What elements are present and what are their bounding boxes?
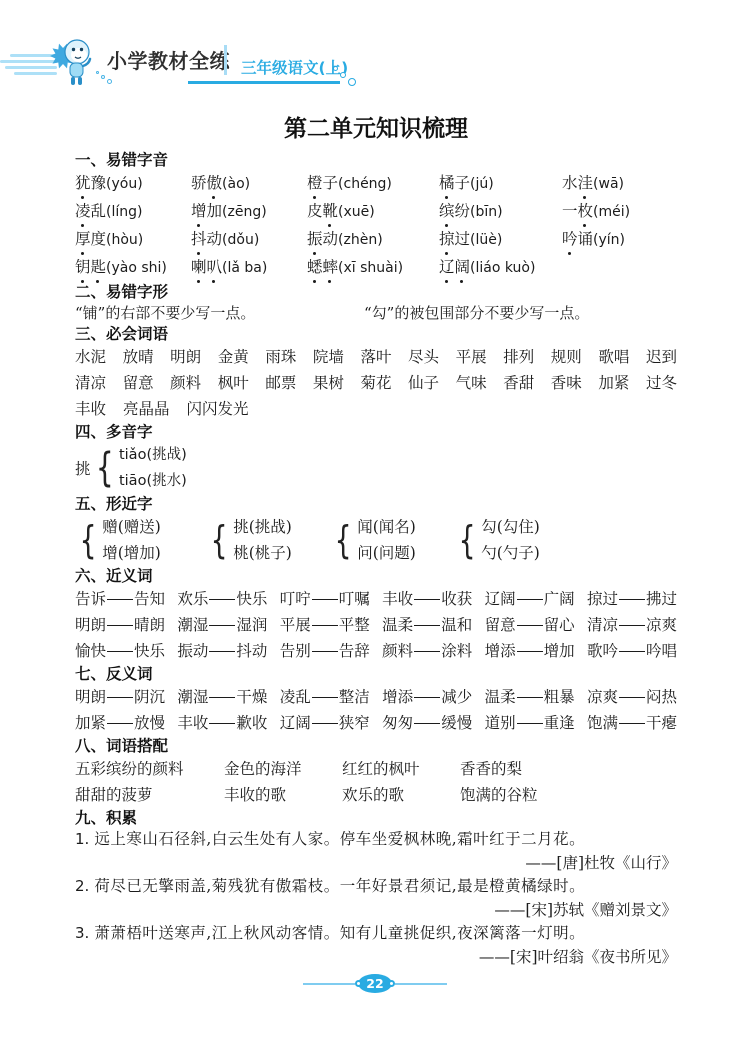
header-underline xyxy=(188,81,340,84)
word-item: 菊花 xyxy=(360,370,391,396)
section-heading-glyphs: 二、易错字形 xyxy=(75,282,677,302)
phonetic-item: 犹豫(yóu) xyxy=(75,170,191,198)
word-item: 亮晶晶 xyxy=(123,396,170,422)
word-pair: 凉爽闷热 xyxy=(587,684,677,710)
antonym-rows: 明朗阴沉潮湿干燥凌乱整洁增添减少温柔粗暴凉爽闷热加紧放慢丰收歉收辽阔狭窄匆匆缓慢… xyxy=(75,684,677,736)
polyphone-reading: tiǎo(挑战) xyxy=(119,442,187,468)
word-item: 放晴 xyxy=(123,344,154,370)
word-pair: 丰收收获 xyxy=(382,586,472,612)
similar-item: 赠(赠送) xyxy=(102,514,161,540)
collocation-item: 欢乐的歌 xyxy=(342,782,460,808)
word-item: 丰收 xyxy=(75,396,106,422)
word-text: 厚度 xyxy=(75,230,106,248)
pinyin-text: (wā) xyxy=(593,176,624,192)
word-pair: 叮咛叮嘱 xyxy=(280,586,370,612)
word-item: 金黄 xyxy=(218,344,249,370)
similar-item: 问(问题) xyxy=(357,540,416,566)
word-item: 枫叶 xyxy=(218,370,249,396)
dash-connector xyxy=(209,697,235,699)
word-pair: 增添减少 xyxy=(382,684,472,710)
word-text: 橙子 xyxy=(307,174,338,192)
similar-group: {挑(挑战)桃(桃子) xyxy=(206,514,330,566)
phonetic-item: 皮靴(xuē) xyxy=(307,198,439,226)
collocation-item: 甜甜的菠萝 xyxy=(75,782,224,808)
polyphone-char: 挑 xyxy=(75,457,91,479)
word-item: 过冬 xyxy=(646,370,677,396)
similar-group: {勾(勾住)勺(勺子) xyxy=(454,514,677,566)
word-item: 留意 xyxy=(123,370,154,396)
word-item: 平展 xyxy=(456,344,487,370)
poem-source: ——[宋]苏轼《赠刘景文》 xyxy=(75,898,677,922)
phonetic-item: 缤纷(bīn) xyxy=(439,198,562,226)
dash-connector xyxy=(619,697,645,699)
word-pair: 凌乱整洁 xyxy=(280,684,370,710)
brace-glyph: { xyxy=(211,514,228,566)
word-text: 喇叭 xyxy=(191,258,222,276)
word-item: 清凉 xyxy=(75,370,106,396)
section-heading-similar-chars: 五、形近字 xyxy=(75,494,677,514)
pinyin-text: (lüè) xyxy=(470,232,502,248)
bubble-dot-icon xyxy=(333,66,338,71)
dash-connector xyxy=(312,599,338,601)
word-item: 落叶 xyxy=(360,344,391,370)
word-text: 犹豫 xyxy=(75,174,106,192)
word-item: 歌唱 xyxy=(598,344,629,370)
pinyin-text: (xī shuài) xyxy=(338,260,403,276)
word-item: 仙子 xyxy=(408,370,439,396)
word-item: 明朗 xyxy=(170,344,201,370)
pinyin-text: (dǒu) xyxy=(222,232,259,248)
similar-item: 勺(勺子) xyxy=(481,540,540,566)
footer-dot-icon xyxy=(388,980,395,987)
poem-text: 荷尽已无擎雨盖,菊残犹有傲霜枝。一年好景君须记,最是橙黄橘绿时。 xyxy=(94,877,585,895)
pairs-row: 愉快快乐振动抖动告别告辞颜料涂料增添增加歌吟吟唱 xyxy=(75,638,677,664)
collocation-item: 丰收的歌 xyxy=(224,782,342,808)
word-pair: 潮湿湿润 xyxy=(177,612,267,638)
synonym-rows: 告诉告知欢乐快乐叮咛叮嘱丰收收获辽阔广阔掠过拂过明朗晴朗潮湿湿润平展平整温柔温和… xyxy=(75,586,677,664)
word-item: 颜料 xyxy=(170,370,201,396)
dash-connector xyxy=(414,599,440,601)
word-pair: 丰收歉收 xyxy=(177,710,267,736)
dash-connector xyxy=(107,651,133,653)
bubble-dot-icon xyxy=(348,78,356,86)
dash-connector xyxy=(107,599,133,601)
poem-number: 1. xyxy=(75,830,89,848)
phonetic-item: 喇叭(lǎ ba) xyxy=(191,254,307,282)
dash-connector xyxy=(312,697,338,699)
phonetic-item: 辽阔(liáo kuò) xyxy=(439,254,562,282)
word-text: 辽阔 xyxy=(439,258,470,276)
word-item: 邮票 xyxy=(265,370,296,396)
brace-glyph: { xyxy=(335,514,352,566)
similar-item: 桃(桃子) xyxy=(233,540,292,566)
pinyin-text: (liáo kuò) xyxy=(470,260,535,276)
phonetic-item: 掠过(lüè) xyxy=(439,226,562,254)
collocation-row: 甜甜的菠萝丰收的歌欢乐的歌饱满的谷粒 xyxy=(75,782,677,808)
dash-connector xyxy=(312,723,338,725)
similar-group: {闻(闻名)问(问题) xyxy=(330,514,454,566)
speed-line xyxy=(0,60,57,63)
textbook-page: 小学教材全练 三年级语文(上) 第二单元知识梳理 一、易错字音 犹豫(yóu)骄… xyxy=(0,0,750,1044)
dash-connector xyxy=(619,723,645,725)
similar-item: 勾(勾住) xyxy=(481,514,540,540)
collocation-item: 饱满的谷粒 xyxy=(460,782,677,808)
accumulation-entries: 1.远上寒山石径斜,白云生处有人家。停车坐爱枫林晚,霜叶红于二月花。——[唐]杜… xyxy=(75,828,677,969)
footer-line xyxy=(395,983,447,985)
pairs-row: 告诉告知欢乐快乐叮咛叮嘱丰收收获辽阔广阔掠过拂过 xyxy=(75,586,677,612)
dash-connector xyxy=(312,625,338,627)
pinyin-text: (yín) xyxy=(593,232,625,248)
phonetic-item: 增加(zēng) xyxy=(191,198,307,226)
glyph-note: “铺”的右部不要少写一点。 xyxy=(75,302,364,324)
word-text: 吟诵 xyxy=(562,230,593,248)
word-pair: 欢乐快乐 xyxy=(177,586,267,612)
dash-connector xyxy=(414,723,440,725)
dash-connector xyxy=(517,625,543,627)
word-pair: 明朗阴沉 xyxy=(75,684,165,710)
poem-number: 3. xyxy=(75,924,89,942)
pinyin-text: (méi) xyxy=(593,204,630,220)
word-pair: 匆匆缓慢 xyxy=(382,710,472,736)
collocation-item: 香香的梨 xyxy=(460,756,677,782)
word-item: 气味 xyxy=(456,370,487,396)
phonetic-item: 水洼(wā) xyxy=(562,170,677,198)
word-text: 水洼 xyxy=(562,174,593,192)
similar-group: {赠(赠送)增(增加) xyxy=(75,514,206,566)
word-text: 皮靴 xyxy=(307,202,338,220)
word-pair: 潮湿干燥 xyxy=(177,684,267,710)
phonetic-item: 厚度(hòu) xyxy=(75,226,191,254)
pairs-row: 明朗阴沉潮湿干燥凌乱整洁增添减少温柔粗暴凉爽闷热 xyxy=(75,684,677,710)
words-row: 水泥放晴明朗金黄雨珠院墙落叶尽头平展排列规则歌唱迟到 xyxy=(75,344,677,370)
pinyin-text: (bīn) xyxy=(470,204,503,220)
poem-entry: 2.荷尽已无擎雨盖,菊残犹有傲霜枝。一年好景君须记,最是橙黄橘绿时。——[宋]苏… xyxy=(75,875,677,922)
words-row: 清凉留意颜料枫叶邮票果树菊花仙子气味香甜香味加紧过冬 xyxy=(75,370,677,396)
dash-connector xyxy=(209,599,235,601)
word-text: 骄傲 xyxy=(191,174,222,192)
word-item: 迟到 xyxy=(646,344,677,370)
dash-connector xyxy=(414,697,440,699)
brand-title: 小学教材全练 xyxy=(107,45,230,74)
word-pair: 振动抖动 xyxy=(177,638,267,664)
poem-entry: 1.远上寒山石径斜,白云生处有人家。停车坐爱枫林晚,霜叶红于二月花。——[唐]杜… xyxy=(75,828,677,875)
phonetic-item: 凌乱(líng) xyxy=(75,198,191,226)
word-pair: 温柔温和 xyxy=(382,612,472,638)
pinyin-text: (zhèn) xyxy=(338,232,383,248)
pairs-row: 加紧放慢丰收歉收辽阔狭窄匆匆缓慢道别重逢饱满干瘪 xyxy=(75,710,677,736)
word-item: 雨珠 xyxy=(265,344,296,370)
mascot-lion-icon xyxy=(50,32,94,90)
bubble-dot-icon xyxy=(96,71,99,74)
polyphone-readings: tiǎo(挑战)tiāo(挑水) xyxy=(119,442,187,494)
section-heading-polyphone: 四、多音字 xyxy=(75,422,677,442)
page-number-badge: 22 xyxy=(358,974,392,993)
pinyin-text: (jú) xyxy=(470,176,494,192)
brace-glyph: { xyxy=(459,514,476,566)
phonetic-item: 橙子(chéng) xyxy=(307,170,439,198)
word-item: 香甜 xyxy=(503,370,534,396)
dash-connector xyxy=(209,723,235,725)
word-pair: 告诉告知 xyxy=(75,586,165,612)
word-text: 一枚 xyxy=(562,202,593,220)
footer-line xyxy=(303,983,355,985)
phonetic-item: 一枚(méi) xyxy=(562,198,677,226)
polyphone-reading: tiāo(挑水) xyxy=(119,468,187,494)
page-header: 小学教材全练 三年级语文(上) xyxy=(0,0,750,100)
pinyin-text: (lǎ ba) xyxy=(222,260,267,276)
page-footer: 22 xyxy=(0,974,750,993)
pinyin-text: (líng) xyxy=(106,204,142,220)
pinyin-text: (xuē) xyxy=(338,204,375,220)
phonetic-item: 振动(zhèn) xyxy=(307,226,439,254)
polyphone-block: 挑 { tiǎo(挑战)tiāo(挑水) xyxy=(75,442,677,494)
poem-source: ——[唐]杜牧《山行》 xyxy=(75,851,677,875)
brace-glyph: { xyxy=(95,442,113,494)
dash-connector xyxy=(107,723,133,725)
phonetic-item: 钥匙(yào shi) xyxy=(75,254,191,282)
collocation-item: 五彩缤纷的颜料 xyxy=(75,756,224,782)
word-pair: 愉快快乐 xyxy=(75,638,165,664)
poem-entry: 3.萧萧梧叶送寒声,江上秋风动客情。知有儿童挑促织,夜深篱落一灯明。——[宋]叶… xyxy=(75,922,677,969)
bubble-dot-icon xyxy=(101,75,105,79)
dash-connector xyxy=(517,723,543,725)
word-item: 排列 xyxy=(503,344,534,370)
word-item: 规则 xyxy=(551,344,582,370)
dash-connector xyxy=(619,599,645,601)
collocation-rows: 五彩缤纷的颜料金色的海洋红红的枫叶香香的梨甜甜的菠萝丰收的歌欢乐的歌饱满的谷粒 xyxy=(75,756,677,808)
pinyin-text: (ào) xyxy=(222,176,250,192)
header-divider xyxy=(224,45,227,75)
pairs-row: 明朗晴朗潮湿湿润平展平整温柔温和留意留心清凉凉爽 xyxy=(75,612,677,638)
word-pair: 辽阔广阔 xyxy=(485,586,575,612)
dash-connector xyxy=(517,651,543,653)
section-heading-vocabulary: 三、必会词语 xyxy=(75,324,677,344)
section-heading-phonetics: 一、易错字音 xyxy=(75,150,677,170)
word-pair: 掠过拂过 xyxy=(587,586,677,612)
phonetic-item: 吟诵(yín) xyxy=(562,226,677,254)
word-item: 院墙 xyxy=(313,344,344,370)
word-item: 香味 xyxy=(551,370,582,396)
phonetic-item: 骄傲(ào) xyxy=(191,170,307,198)
word-text: 抖动 xyxy=(191,230,222,248)
word-text: 钥匙 xyxy=(75,258,106,276)
word-item: 水泥 xyxy=(75,344,106,370)
dash-connector xyxy=(619,651,645,653)
bubble-dot-icon xyxy=(107,79,112,84)
dash-connector xyxy=(209,625,235,627)
dash-connector xyxy=(107,697,133,699)
glyph-notes: “铺”的右部不要少写一点。 “勾”的被包围部分不要少写一点。 xyxy=(75,302,677,324)
word-pair: 道别重逢 xyxy=(485,710,575,736)
word-item: 尽头 xyxy=(408,344,439,370)
section-heading-accumulation: 九、积累 xyxy=(75,808,677,828)
word-item: 果树 xyxy=(313,370,344,396)
phonetic-item: 橘子(jú) xyxy=(439,170,562,198)
glyph-note: “勾”的被包围部分不要少写一点。 xyxy=(364,302,677,324)
word-pair: 增添增加 xyxy=(485,638,575,664)
word-item: 闪闪发光 xyxy=(187,396,249,422)
word-pair: 歌吟吟唱 xyxy=(587,638,677,664)
poem-text: 远上寒山石径斜,白云生处有人家。停车坐爱枫林晚,霜叶红于二月花。 xyxy=(94,830,585,848)
page-body: 第二单元知识梳理 一、易错字音 犹豫(yóu)骄傲(ào)橙子(chéng)橘子… xyxy=(0,114,750,969)
dash-connector xyxy=(414,625,440,627)
bubble-dot-icon xyxy=(340,72,346,78)
similar-groups: {赠(赠送)增(增加){挑(挑战)桃(桃子){闻(闻名)问(问题){勾(勾住)勺… xyxy=(75,514,677,566)
pinyin-text: (zēng) xyxy=(222,204,267,220)
dash-connector xyxy=(209,651,235,653)
dash-connector xyxy=(107,625,133,627)
word-item: 加紧 xyxy=(598,370,629,396)
section-heading-antonyms: 七、反义词 xyxy=(75,664,677,684)
phonetics-grid: 犹豫(yóu)骄傲(ào)橙子(chéng)橘子(jú)水洼(wā)凌乱(lín… xyxy=(75,170,677,282)
phonetic-item: 抖动(dǒu) xyxy=(191,226,307,254)
word-pair: 加紧放慢 xyxy=(75,710,165,736)
poem-number: 2. xyxy=(75,877,89,895)
word-pair: 平展平整 xyxy=(280,612,370,638)
word-pair: 告别告辞 xyxy=(280,638,370,664)
word-pair: 留意留心 xyxy=(485,612,575,638)
words-row: 丰收亮晶晶闪闪发光 xyxy=(75,396,677,422)
phonetic-item: 蟋蟀(xī shuài) xyxy=(307,254,439,282)
section-heading-collocations: 八、词语搭配 xyxy=(75,736,677,756)
pinyin-text: (yóu) xyxy=(106,176,143,192)
similar-item: 增(增加) xyxy=(102,540,161,566)
word-text: 掠过 xyxy=(439,230,470,248)
dash-connector xyxy=(414,651,440,653)
word-pair: 饱满干瘪 xyxy=(587,710,677,736)
similar-item: 挑(挑战) xyxy=(233,514,292,540)
word-text: 振动 xyxy=(307,230,338,248)
similar-item: 闻(闻名) xyxy=(357,514,416,540)
section-heading-synonyms: 六、近义词 xyxy=(75,566,677,586)
pinyin-text: (yào shi) xyxy=(106,260,167,276)
word-text: 橘子 xyxy=(439,174,470,192)
page-title: 第二单元知识梳理 xyxy=(75,114,677,144)
dash-connector xyxy=(517,697,543,699)
brace-glyph: { xyxy=(80,514,97,566)
dash-connector xyxy=(619,625,645,627)
collocation-item: 红红的枫叶 xyxy=(342,756,460,782)
word-pair: 清凉凉爽 xyxy=(587,612,677,638)
word-text: 增加 xyxy=(191,202,222,220)
word-text: 蟋蟀 xyxy=(307,258,338,276)
dash-connector xyxy=(312,651,338,653)
word-pair: 明朗晴朗 xyxy=(75,612,165,638)
word-pair: 颜料涂料 xyxy=(382,638,472,664)
words-rows: 水泥放晴明朗金黄雨珠院墙落叶尽头平展排列规则歌唱迟到清凉留意颜料枫叶邮票果树菊花… xyxy=(75,344,677,422)
poem-source: ——[宋]叶绍翁《夜书所见》 xyxy=(75,945,677,969)
pinyin-text: (hòu) xyxy=(106,232,143,248)
collocation-row: 五彩缤纷的颜料金色的海洋红红的枫叶香香的梨 xyxy=(75,756,677,782)
footer-dot-icon xyxy=(355,980,362,987)
poem-text: 萧萧梧叶送寒声,江上秋风动客情。知有儿童挑促织,夜深篱落一灯明。 xyxy=(94,924,585,942)
word-text: 缤纷 xyxy=(439,202,470,220)
pinyin-text: (chéng) xyxy=(338,176,392,192)
word-pair: 温柔粗暴 xyxy=(485,684,575,710)
dash-connector xyxy=(517,599,543,601)
collocation-item: 金色的海洋 xyxy=(224,756,342,782)
word-pair: 辽阔狭窄 xyxy=(280,710,370,736)
word-text: 凌乱 xyxy=(75,202,106,220)
